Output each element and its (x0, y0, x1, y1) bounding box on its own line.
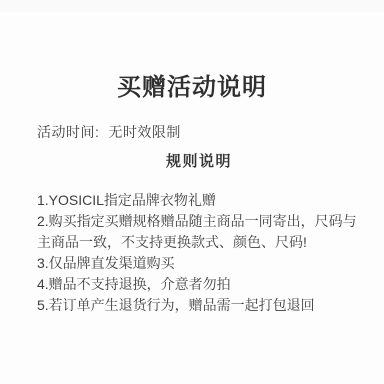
rule-item: 5.若订单产生退货行为，赠品需一起打包退回 (0, 295, 384, 316)
page-title: 买赠活动说明 (0, 0, 384, 103)
activity-time-label: 活动时间: (37, 124, 99, 140)
rules-heading: 规则说明 (0, 152, 384, 172)
promo-notice-page: 买赠活动说明 活动时间:无时效限制 规则说明 1.YOSICIL指定品牌衣物礼赠… (0, 0, 384, 384)
rule-item: 1.YOSICIL指定品牌衣物礼赠 (0, 190, 384, 211)
rule-item: 2.购买指定买赠规格赠品随主商品一同寄出，尺码与主商品一致，不支持更换款式、颜色… (0, 211, 384, 253)
rules-list: 1.YOSICIL指定品牌衣物礼赠 2.购买指定买赠规格赠品随主商品一同寄出，尺… (0, 190, 384, 316)
activity-time-line: 活动时间:无时效限制 (0, 123, 384, 141)
activity-time-value: 无时效限制 (108, 124, 181, 140)
top-edge-strip (0, 0, 384, 12)
rule-item: 4.赠品不支持退换，介意者勿拍 (0, 274, 384, 295)
rule-item: 3.仅品牌直发渠道购买 (0, 253, 384, 274)
